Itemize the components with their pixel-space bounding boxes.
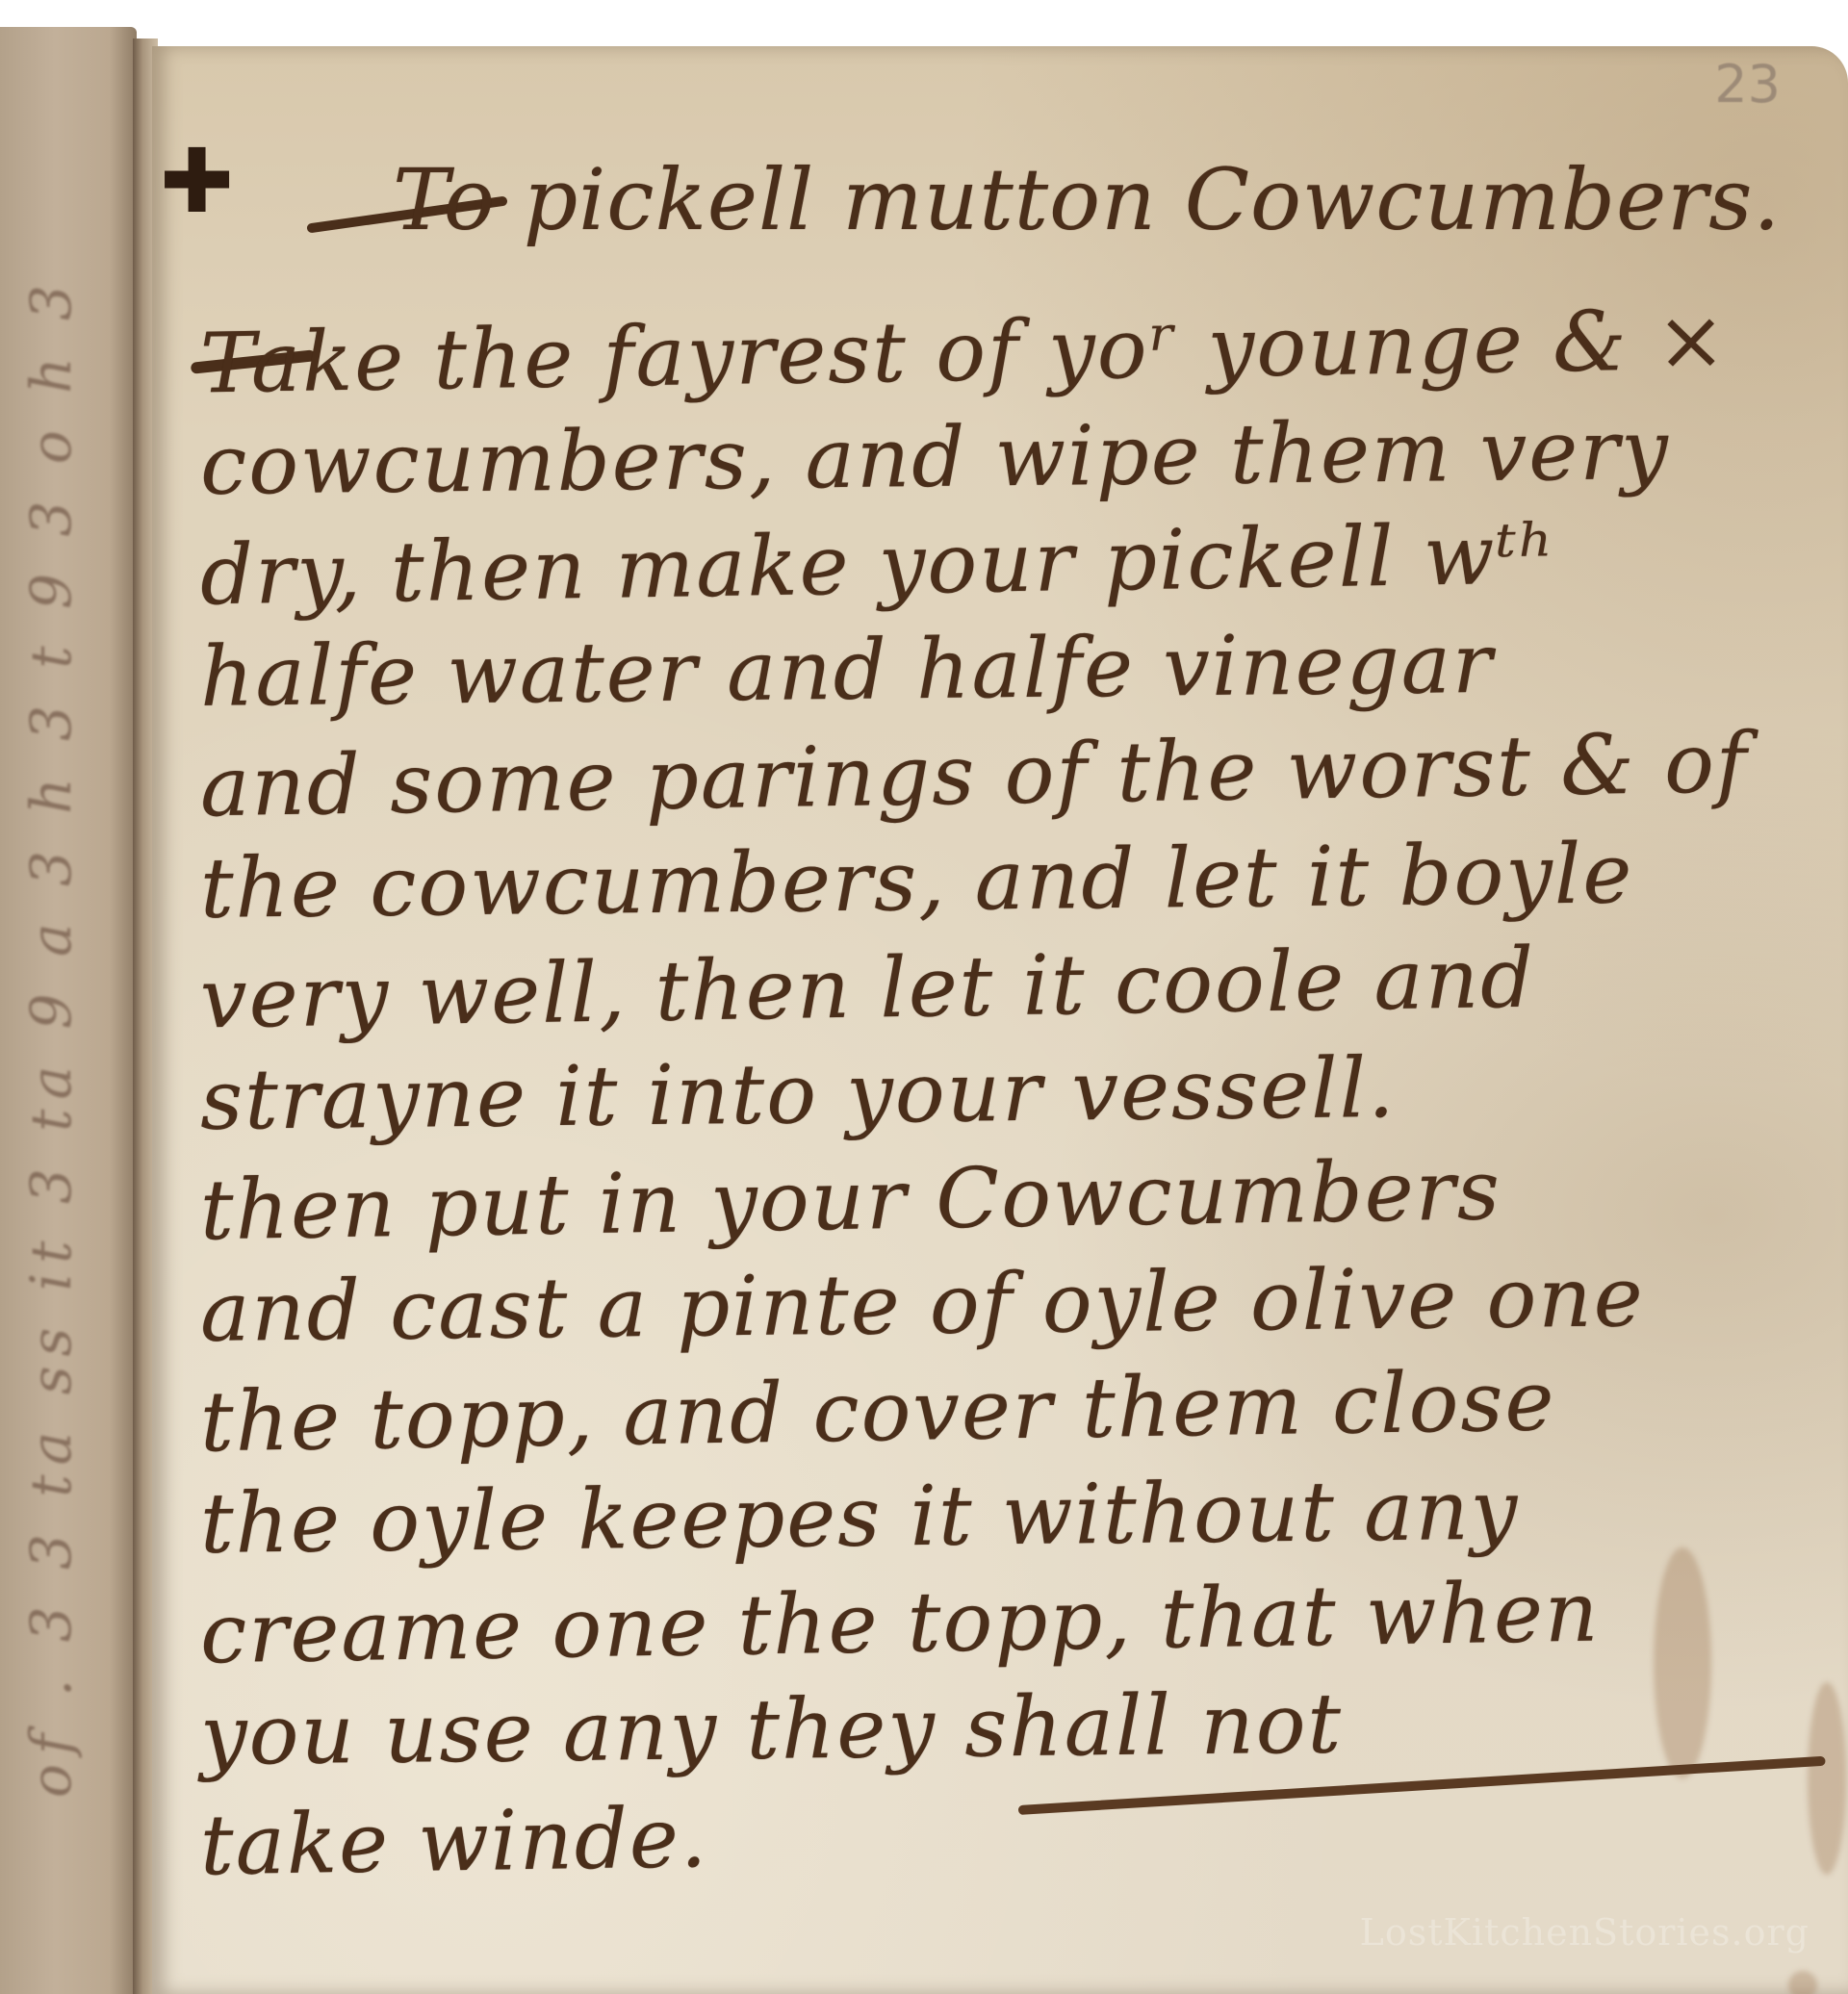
watermark: LostKitchenStories.org <box>1360 1911 1809 1954</box>
ink-stain <box>1788 1971 1817 1994</box>
recipe-title: To pickell mutton Cowcumbers. <box>393 152 1781 248</box>
manuscript-spread: of . 3 3 ta ss it 3 ta 9 a 3 h 3 t 9 3 o… <box>0 0 1848 1994</box>
margin-cross-icon: ✚ <box>160 138 234 226</box>
recipe-title-row: To pickell mutton Cowcumbers. <box>210 142 1750 277</box>
facing-page: of . 3 3 ta ss it 3 ta 9 a 3 h 3 t 9 3 o… <box>0 27 137 1994</box>
facing-page-text: of . 3 3 ta ss it 3 ta 9 a 3 h 3 t 9 3 o… <box>0 258 110 1798</box>
text-line: take winde. <box>199 1768 1837 1900</box>
manuscript-page: 23 To pickell mutton Cowcumbers. ✚ Take … <box>152 46 1848 1994</box>
recipe-body: Take the fayrest of yoʳ younge & × cowcu… <box>200 298 1836 1886</box>
page-number: 23 <box>1714 54 1781 115</box>
